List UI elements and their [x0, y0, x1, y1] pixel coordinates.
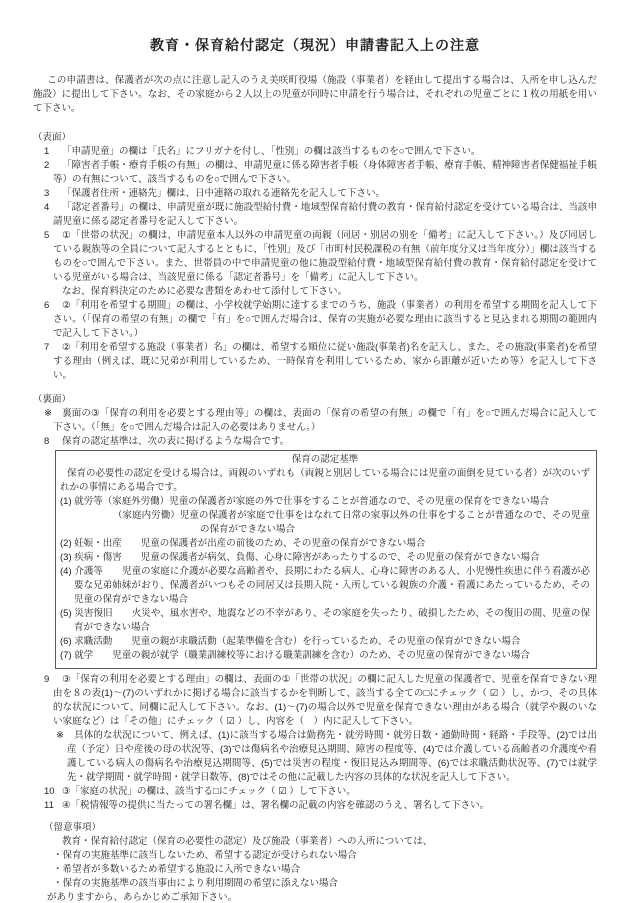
item-number: 1: [44, 145, 62, 159]
instruction-item-7: 7②「利用を希望する施設（事業者）名」の欄は、希望する順位に従い施設(事業者)名…: [53, 341, 597, 383]
criteria-item-4: (4) 介護等 児童の家庭に介護が必要な高齢者や、長期にわたる病人、心身に障害の…: [60, 565, 590, 607]
instruction-item-9: 9③「保育の利用を必要とする理由」の欄は、表面の①「世帯の状況」の欄に記入した児…: [53, 673, 597, 729]
item-number: 7: [44, 341, 62, 355]
item-text: ②「利用を希望する期間」の欄は、小学校就学始期に達するまでのうち、施設（事業者）…: [53, 300, 597, 339]
criteria-item-1b: （家庭内労働）児童の保護者が家庭で仕事をはなれて日常の家事以外の仕事をすることが…: [113, 509, 590, 537]
document-page: 教育・保育給付認定（現況）申請書記入上の注意 この申請書は、保護者が次の点に注意…: [0, 0, 630, 903]
criteria-item-2: (2) 妊娠・出産 児童の保護者が出産の前後のため、その児童の保育ができない場合: [60, 537, 590, 551]
item-text: 「申請児童」の欄は「氏名」にフリガナを付し、「性別」の欄は該当するものを○で囲ん…: [62, 146, 481, 157]
item-text: ②「利用を希望する施設（事業者）名」の欄は、希望する順位に従い施設(事業者)名を…: [53, 342, 597, 381]
criteria-item-3: (3) 疾病・傷害 児童の保護者が病気、負傷、心身に障害があったりするので、その…: [60, 551, 590, 565]
specific-situation-note: ※具体的な状況について、例えば、(1)に該当する場合は勤務先・就労時間・就労日数…: [67, 729, 597, 785]
criteria-item-1: (1) 就労等（家庭外労働）児童の保護者が家庭の外で仕事をすることが普通なので、…: [60, 495, 590, 509]
item-number: 6: [44, 299, 62, 313]
front-section-label: （表面）: [33, 131, 597, 145]
page-title: 教育・保育給付認定（現況）申請書記入上の注意: [33, 36, 597, 54]
instruction-item-5-note: なお、保育料決定のために必要な書類をあわせて添付して下さい。: [62, 285, 597, 299]
criteria-box-intro: 保育の必要性の認定を受ける場合は、両親のいずれも（両親と別居している場合には児童…: [60, 467, 590, 495]
item-text: ①「世帯の状況」の欄は、申請児童本人以外の申請児童の両親（同居・別居の別を「備考…: [53, 230, 597, 283]
instruction-item-11: 11④「税情報等の提供に当たっての署名欄」は、署名欄の記載の内容を確認のうえ、署…: [53, 799, 597, 813]
item-text: 「認定者番号」の欄は、申請児童が既に施設型給付費・地域型保育給付費の教育・保育給…: [53, 202, 597, 227]
item-text: ④「税情報等の提供に当たっての署名欄」は、署名欄の記載の内容を確認のうえ、署名し…: [62, 800, 489, 811]
back-pre-note: ※裏面の③「保育の利用を必要とする理由等」の欄は、表面の「保育の希望の有無」の欄…: [53, 407, 597, 435]
instruction-item-10: 10③「家庭の状況」の欄は、該当する□にチェック（ ☑ ）して下さい。: [53, 785, 597, 799]
notes-outro: がありますから、あらかじめご承知下さい。: [47, 891, 597, 903]
item-number: 2: [44, 159, 62, 173]
criteria-item-6: (6) 求職活動 児童の親が求職活動（起業準備を含む）を行っているため、その児童…: [60, 635, 590, 649]
item-text: 保育の認定基準は、次の表に掲げるような場合です。: [62, 436, 289, 447]
intro-paragraph: この申請書は、保護者が次の点に注意し記入のうえ美咲町役場（施設（事業者）を経由し…: [33, 74, 597, 116]
note-text: 裏面の③「保育の利用を必要とする理由等」の欄は、表面の「保育の希望の有無」の欄で…: [53, 408, 597, 433]
criteria-box: 保育の認定基準 保育の必要性の認定を受ける場合は、両親のいずれも（両親と別居して…: [55, 450, 597, 669]
instruction-item-5: 5①「世帯の状況」の欄は、申請児童本人以外の申請児童の両親（同居・別居の別を「備…: [53, 229, 597, 285]
item-number: 4: [44, 201, 62, 215]
item-text: 「障害者手帳・療育手帳の有無」の欄は、申請児童に係る障害者手帳（身体障害者手帳、…: [53, 160, 597, 185]
item-text: ③「家庭の状況」の欄は、該当する□にチェック（ ☑ ）して下さい。: [62, 786, 356, 797]
item-text: ③「保育の利用を必要とする理由」の欄は、表面の①「世帯の状況」の欄に記入した児童…: [53, 674, 597, 727]
item-text: 「保護者住所・連絡先」欄は、日中連絡の取れる連絡先を記入して下さい。: [62, 188, 385, 199]
item-number: 9: [44, 673, 62, 687]
notes-bullet-1: ・保育の実施基準に該当しないため、希望する認定が受けられない場合: [53, 849, 597, 863]
criteria-item-5: (5) 災害復旧 火災や、風水害や、地震などの不幸があり、その家庭を失ったり、破…: [60, 607, 590, 635]
instruction-item-3: 3「保護者住所・連絡先」欄は、日中連絡の取れる連絡先を記入して下さい。: [53, 187, 597, 201]
back-section-label: （裏面）: [33, 393, 597, 407]
instruction-item-6: 6②「利用を希望する期間」の欄は、小学校就学始期に達するまでのうち、施設（事業者…: [53, 299, 597, 341]
instruction-item-8: 8保育の認定基準は、次の表に掲げるような場合です。: [53, 435, 597, 449]
criteria-box-title: 保育の認定基準: [60, 453, 590, 467]
instruction-item-1: 1「申請児童」の欄は「氏名」にフリガナを付し、「性別」の欄は該当するものを○で囲…: [53, 145, 597, 159]
item-number: 8: [44, 435, 62, 449]
note-text: 具体的な状況について、例えば、(1)に該当する場合は勤務先・就労時間・就労日数・…: [67, 730, 597, 783]
notes-bullet-2: ・希望者が多数いるため希望する施設に入所できない場合: [53, 863, 597, 877]
notes-section-label: （留意事項）: [44, 821, 597, 835]
item-number: 5: [44, 229, 62, 243]
item-number: 10: [44, 785, 62, 799]
instruction-item-4: 4「認定者番号」の欄は、申請児童が既に施設型給付費・地域型保育給付費の教育・保育…: [53, 201, 597, 229]
instruction-item-2: 2「障害者手帳・療育手帳の有無」の欄は、申請児童に係る障害者手帳（身体障害者手帳…: [53, 159, 597, 187]
item-number: 11: [44, 799, 62, 813]
note-marker: ※: [56, 729, 74, 743]
criteria-item-7: (7) 就学 児童の親が就学（職業訓練校等における職業訓練を含む）のため、その児…: [60, 649, 590, 663]
item-number: 3: [44, 187, 62, 201]
note-marker: ※: [44, 407, 62, 421]
notes-intro: 教育・保育給付認定（保育の必要性の認定）及び施設（事業者）への入所については、: [62, 835, 597, 849]
notes-bullet-3: ・保育の実施基準の該当事由により利用期間の希望に添えない場合: [53, 877, 597, 891]
